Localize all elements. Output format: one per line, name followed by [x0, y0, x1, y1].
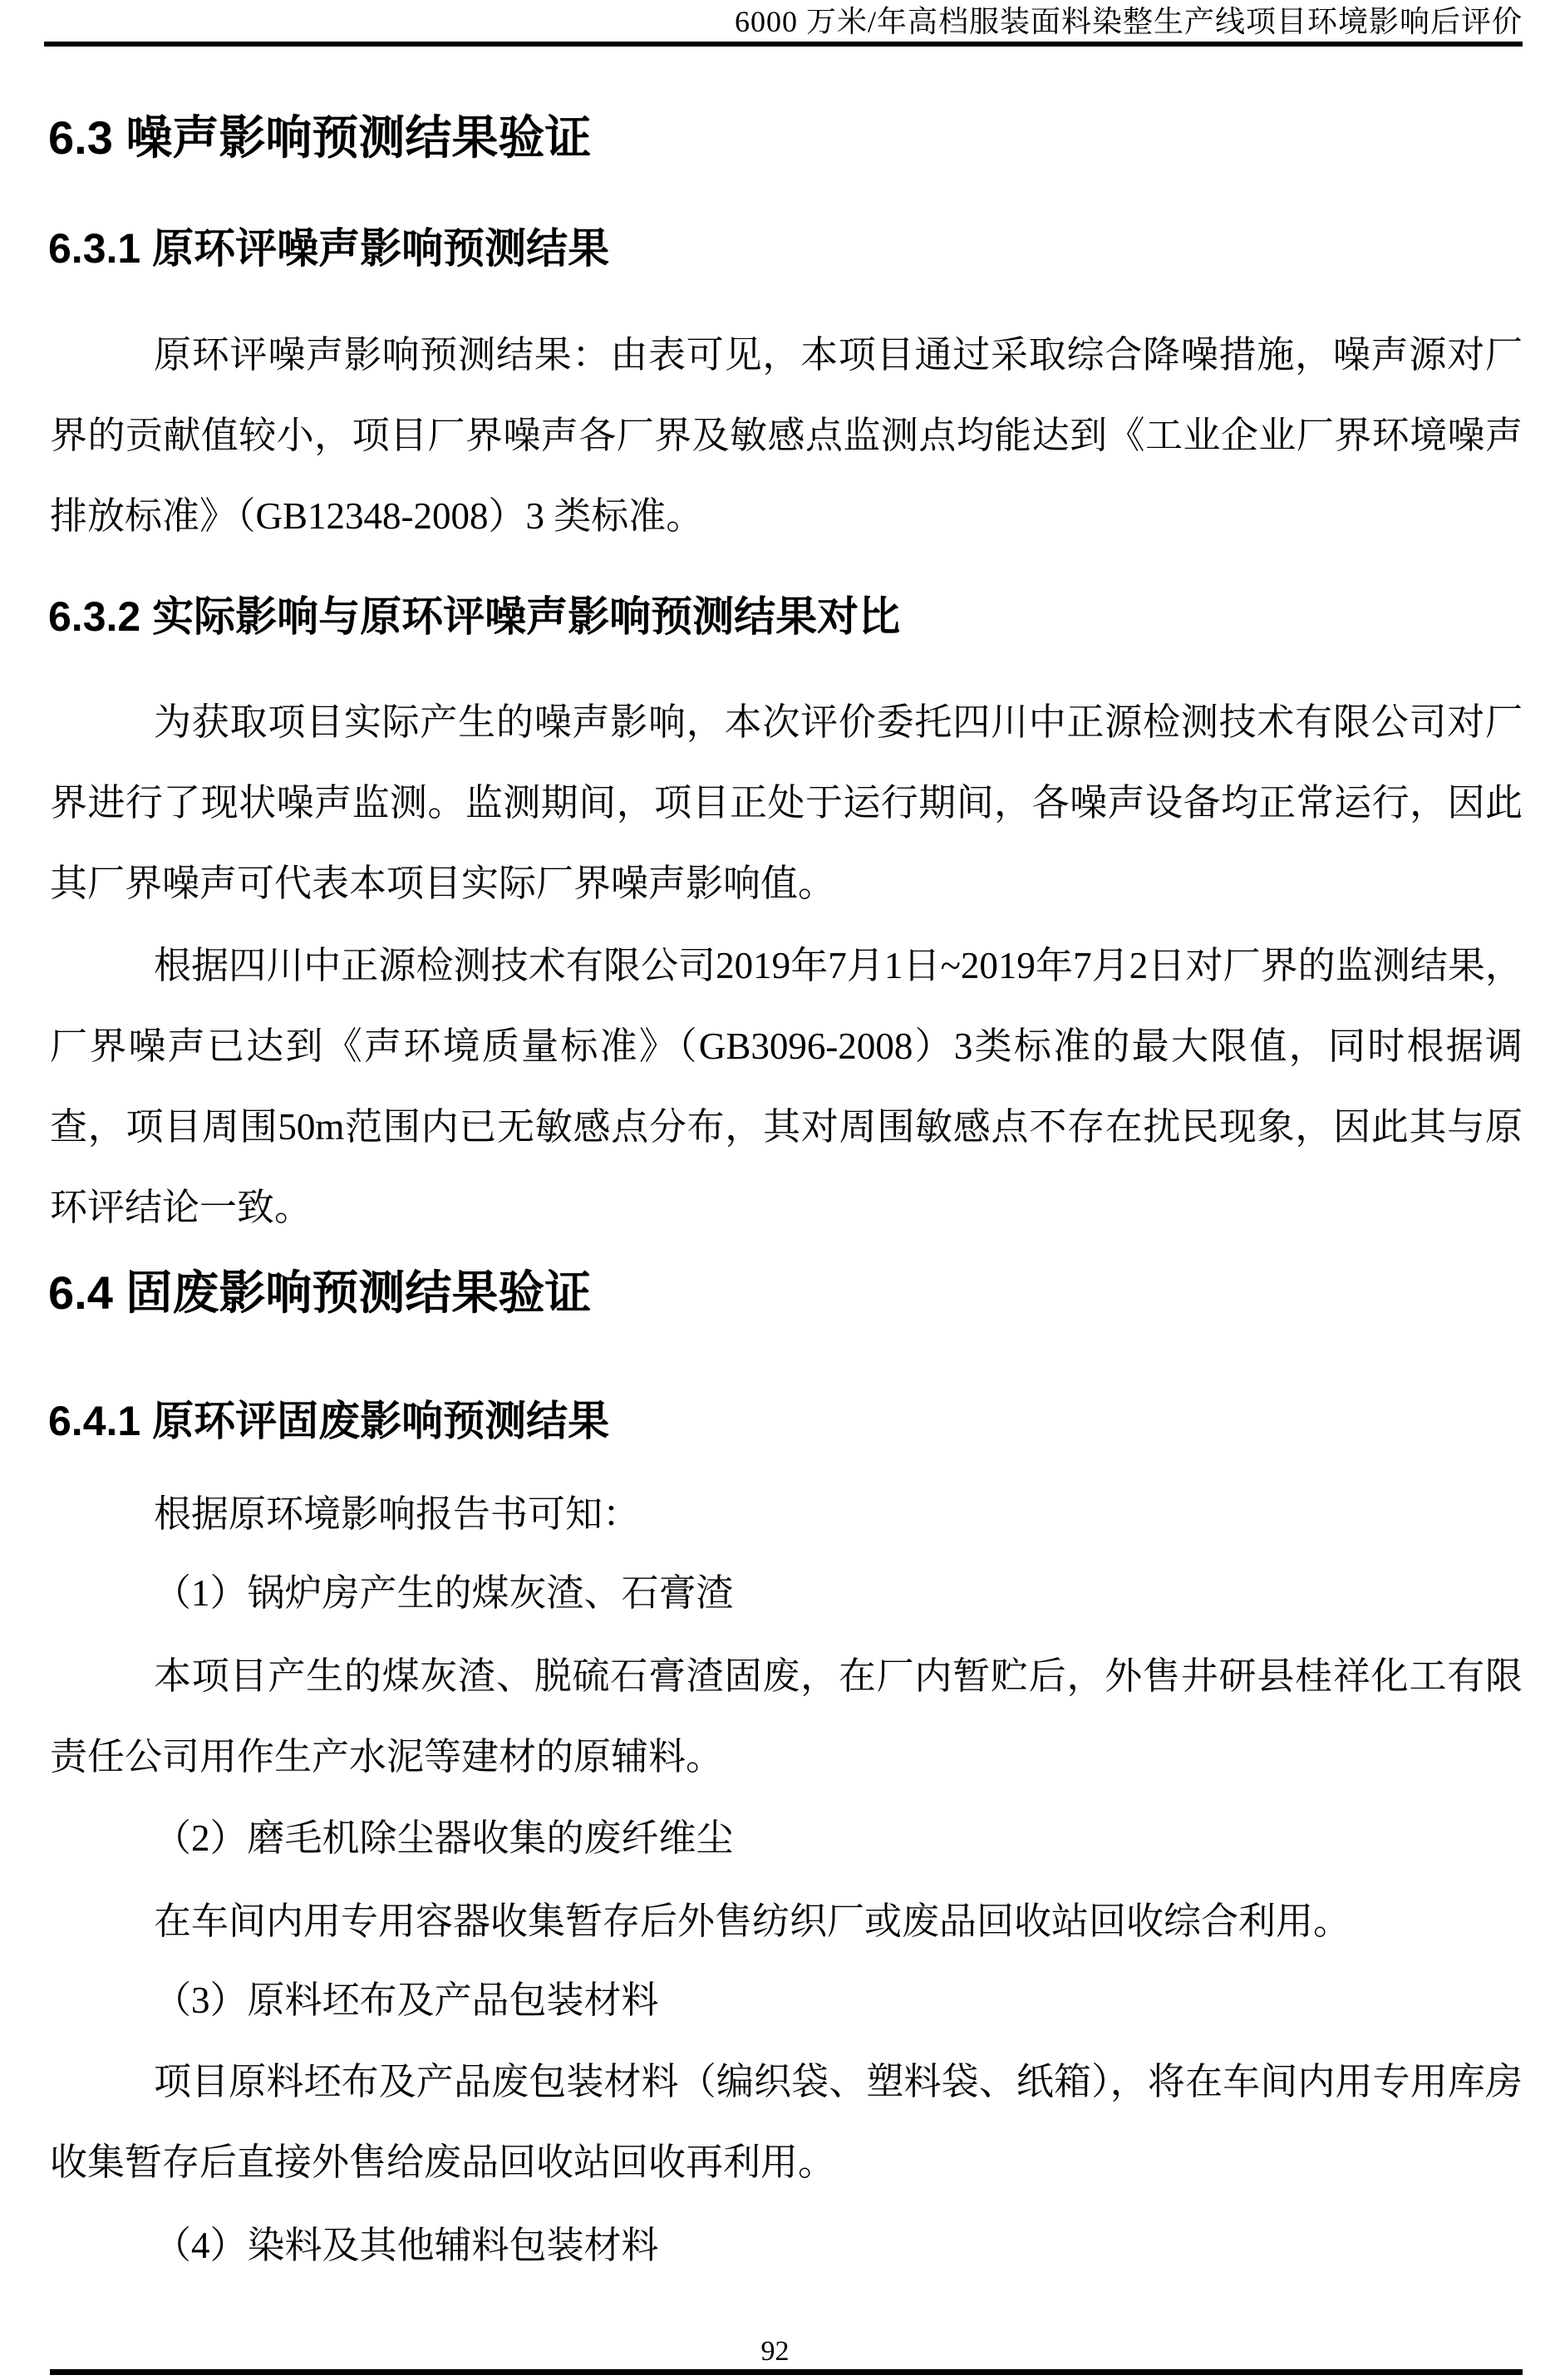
list-item-4-title: （4）染料及其他辅料包装材料 — [50, 2205, 1523, 2286]
heading-6-3: 6.3 噪声影响预测结果验证 — [48, 110, 1523, 166]
heading-6-4-1: 6.4.1 原环评固废影响预测结果 — [48, 1396, 1523, 1446]
list-item-3-body: 项目原料坯布及产品废包装材料（编织袋、塑料袋、纸箱），将在车间内用专用库房收集暂… — [50, 2042, 1523, 2203]
list-item-1-body: 本项目产生的煤灰渣、脱硫石膏渣固废，在厂内暂贮后，外售井研县桂祥化工有限责任公司… — [50, 1636, 1523, 1797]
document-page: 6000 万米/年高档服装面料染整生产线项目环境影响后评价 6.3 噪声影响预测… — [0, 0, 1550, 2380]
page-number: 92 — [0, 2335, 1550, 2368]
list-item-1-title: （1）锅炉房产生的煤灰渣、石膏渣 — [50, 1553, 1523, 1634]
list-item-2-title: （2）磨毛机除尘器收集的废纤维尘 — [50, 1798, 1523, 1879]
heading-6-3-2: 6.3.2 实际影响与原环评噪声影响预测结果对比 — [48, 592, 1523, 642]
footer-rule — [50, 2369, 1523, 2375]
list-item-2-body: 在车间内用专用容器收集暂存后外售纺织厂或废品回收站回收综合利用。 — [50, 1881, 1523, 1962]
heading-6-3-1: 6.3.1 原环评噪声影响预测结果 — [48, 224, 1523, 273]
header-rule — [44, 42, 1523, 47]
paragraph-noise-monitoring: 为获取项目实际产生的噪声影响，本次评价委托四川中正源检测技术有限公司对厂界进行了… — [50, 682, 1523, 924]
paragraph-noise-prediction: 原环评噪声影响预测结果：由表可见，本项目通过采取综合降噪措施，噪声源对厂界的贡献… — [50, 315, 1523, 557]
paragraph-noise-result: 根据四川中正源检测技术有限公司2019年7月1日~2019年7月2日对厂界的监测… — [50, 926, 1523, 1248]
running-header: 6000 万米/年高档服装面料染整生产线项目环境影响后评价 — [47, 2, 1523, 42]
paragraph-solid-waste-intro: 根据原环境影响报告书可知： — [50, 1474, 1523, 1555]
heading-6-4: 6.4 固废影响预测结果验证 — [48, 1265, 1523, 1321]
list-item-3-title: （3）原料坯布及产品包装材料 — [50, 1960, 1523, 2041]
